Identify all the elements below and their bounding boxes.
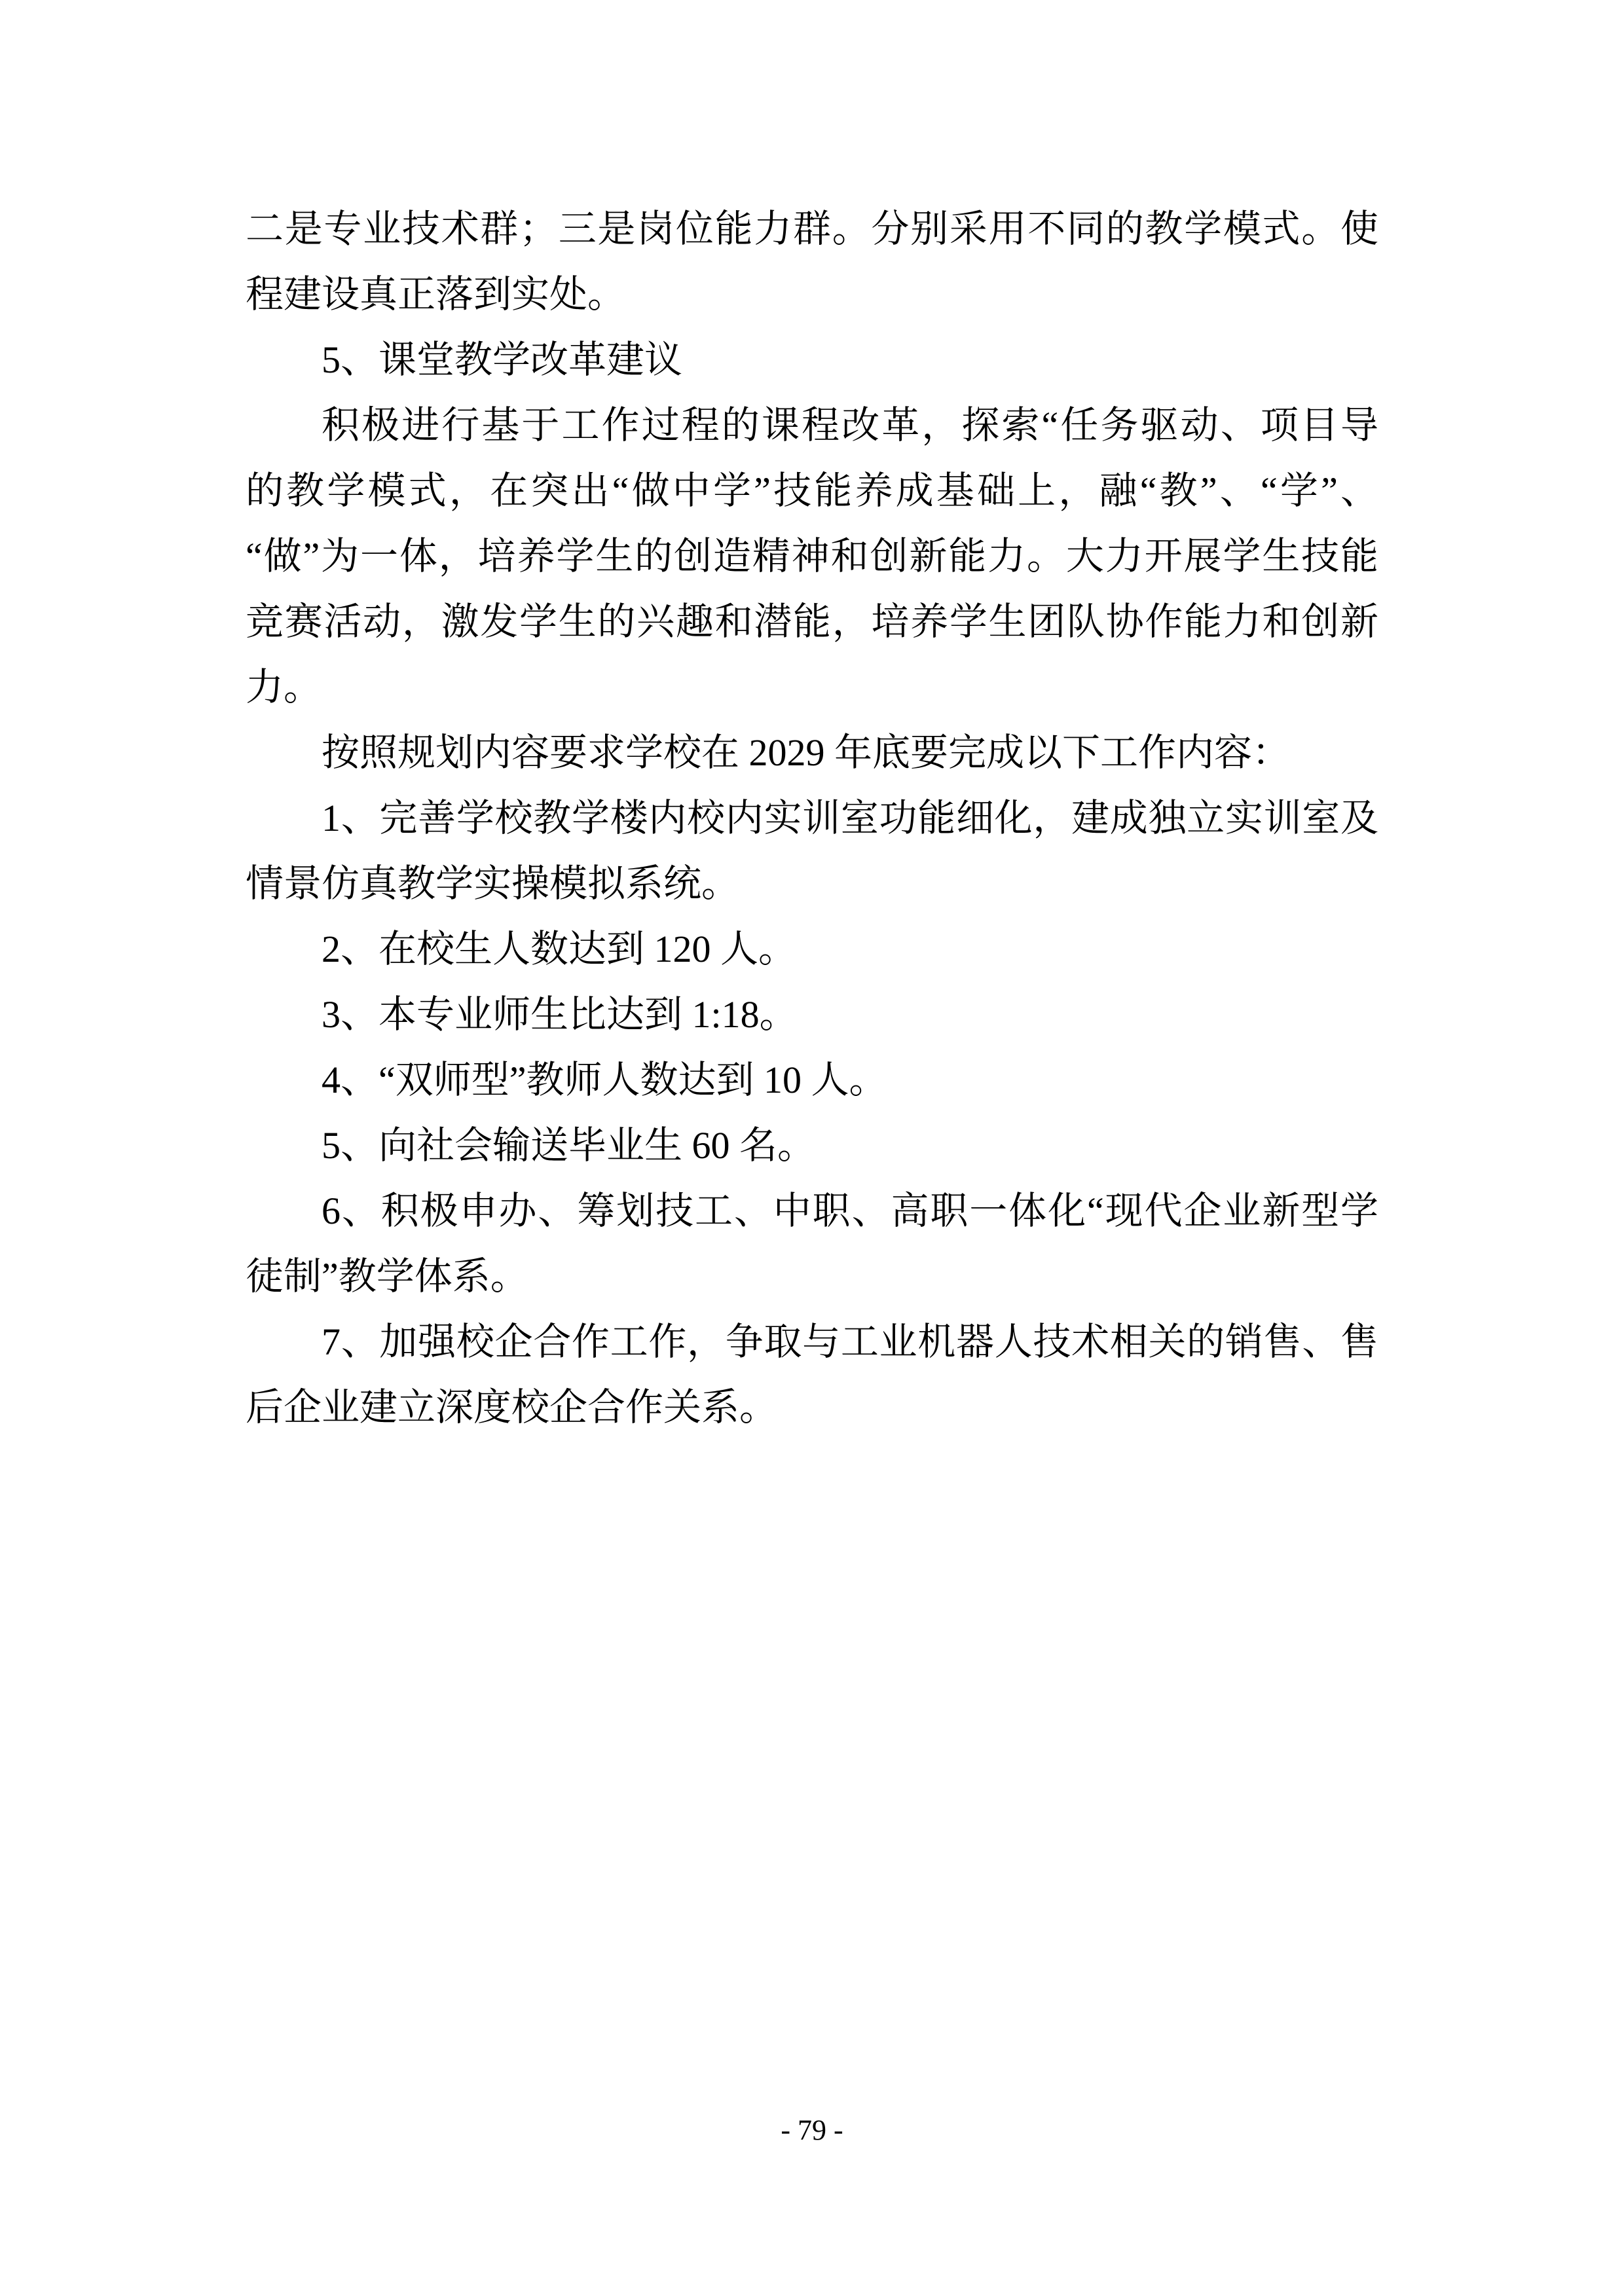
text-line: 积极进行基于工作过程的课程改革，探索“任务驱动、项目导向”	[246, 393, 1378, 458]
text-line: 的教学模式，在突出“做中学”技能养成基础上，融“教”、“学”、	[246, 458, 1378, 524]
text-line: 7、加强校企合作工作，争取与工业机器人技术相关的销售、售	[246, 1309, 1378, 1375]
text-line: 1、完善学校教学楼内校内实训室功能细化，建成独立实训室及	[246, 786, 1378, 851]
text-line: 6、积极申办、筹划技工、中职、高职一体化“现代企业新型学	[246, 1178, 1378, 1244]
text-line: 5、课堂教学改革建议	[246, 327, 1378, 393]
page-number: - 79 -	[0, 2115, 1624, 2146]
text-line: 二是专业技术群；三是岗位能力群。分别采用不同的教学模式。使课	[246, 196, 1378, 262]
text-line: 竞赛活动，激发学生的兴趣和潜能，培养学生团队协作能力和创新能	[246, 589, 1378, 655]
document-page: 二是专业技术群；三是岗位能力群。分别采用不同的教学模式。使课 程建设真正落到实处…	[0, 0, 1624, 2296]
text-line: 力。	[246, 655, 1378, 720]
document-body: 二是专业技术群；三是岗位能力群。分别采用不同的教学模式。使课 程建设真正落到实处…	[246, 196, 1378, 1440]
text-line: 2、在校生人数达到 120 人。	[246, 917, 1378, 982]
text-line: “做”为一体，培养学生的创造精神和创新能力。大力开展学生技能	[246, 524, 1378, 589]
text-line: 程建设真正落到实处。	[246, 262, 1378, 327]
text-line: 徒制”教学体系。	[246, 1244, 1378, 1309]
text-line: 4、“双师型”教师人数达到 10 人。	[246, 1048, 1378, 1113]
text-line: 3、本专业师生比达到 1:18。	[246, 982, 1378, 1048]
text-line: 后企业建立深度校企合作关系。	[246, 1375, 1378, 1440]
text-line: 情景仿真教学实操模拟系统。	[246, 851, 1378, 917]
text-line: 5、向社会输送毕业生 60 名。	[246, 1113, 1378, 1178]
text-line: 按照规划内容要求学校在 2029 年底要完成以下工作内容：	[246, 720, 1378, 786]
